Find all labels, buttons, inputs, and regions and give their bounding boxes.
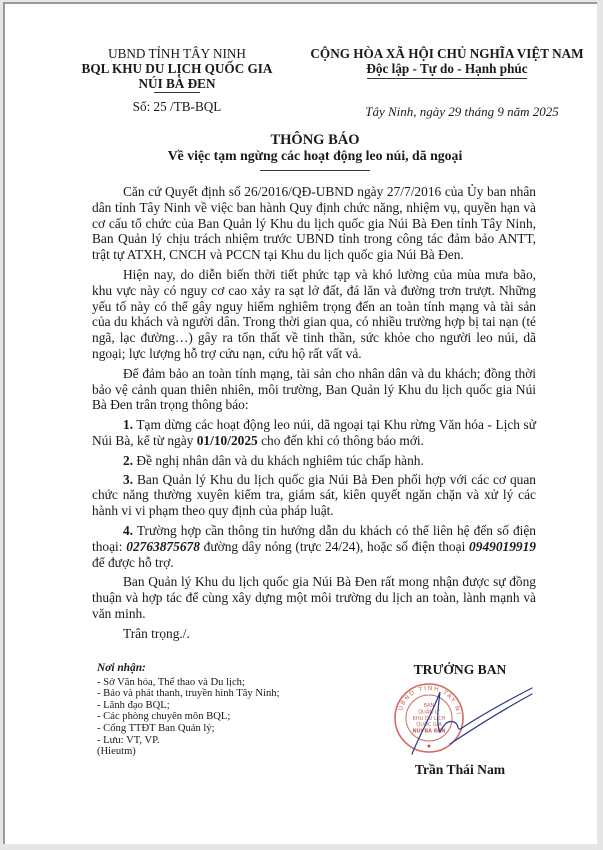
recipient-item: - Báo và phát thanh, truyền hình Tây Nin… [97,688,337,700]
hotline-phone: 02763875678 [126,539,200,554]
national-motto: Độc lập - Tự do - Hạnh phúc [289,61,603,76]
item-2: 2. Đề nghị nhân dân và du khách nghiêm t… [92,453,536,469]
document-number: Số: 25 /TB-BQL [67,99,287,114]
item-3-number: 3. [123,472,133,487]
document-subtitle: Về việc tạm ngừng các hoạt động leo núi,… [65,148,565,164]
recipients-label: Nơi nhận: [97,663,337,675]
item-4-text-end: để được hỗ trợ. [92,555,174,570]
date-place: Tây Ninh, ngày [365,104,445,119]
national-header: CỘNG HÒA XÃ HỘI CHỦ NGHĨA VIỆT NAM Độc l… [289,46,603,79]
item-4-text-mid: đường dây nóng (trực 24/24), hoặc số điệ… [204,539,466,554]
recipient-item: - Cổng TTĐT Ban Quản lý; [97,723,337,735]
organization-name-line1: BQL KHU DU LỊCH QUỐC GIA [67,61,287,76]
date-rest: tháng 9 năm 2025 [465,104,559,119]
item-1-number: 1. [123,417,133,432]
header-underline [154,92,200,93]
mobile-phone: 0949019919 [469,539,536,554]
issue-date: Tây Ninh, ngày 29 tháng 9 năm 2025 [327,104,597,120]
recipient-item: - Lãnh đạo BQL; [97,700,337,712]
document-body: Căn cứ Quyết định số 26/2016/QĐ-UBND ngà… [92,184,536,646]
item-2-number: 2. [123,453,133,468]
number-value: 25 [154,99,167,114]
signer-title: TRƯỞNG BAN [385,662,535,678]
number-suffix: /TB-BQL [170,99,221,114]
paragraph-legal-basis: Căn cứ Quyết định số 26/2016/QĐ-UBND ngà… [92,184,536,263]
item-4: 4. Trường hợp cần thông tin hướng dẫn du… [92,523,536,570]
document-page: UBND TỈNH TÂY NINH BQL KHU DU LỊCH QUỐC … [3,2,597,844]
paragraph-situation: Hiện nay, do diễn biến thời tiết phức tạ… [92,267,536,362]
recipient-item: - Lưu: VT, VP. [97,735,337,747]
document-title: THÔNG BÁO [65,132,565,148]
item-3: 3. Ban Quản lý Khu du lịch quốc gia Núi … [92,472,536,519]
paragraph-announcement-intro: Để đảm bảo an toàn tính mạng, tài sản ch… [92,366,536,413]
drafter-initials: (Hieutm) [97,746,337,758]
item-4-number: 4. [123,523,133,538]
issuer-header: UBND TỈNH TÂY NINH BQL KHU DU LỊCH QUỐC … [67,46,287,114]
recipient-item: - Các phòng chuyên môn BQL; [97,711,337,723]
date-day: 29 [448,104,461,119]
number-prefix: Số: [133,99,151,114]
item-2-text: Đề nghị nhân dân và du khách nghiêm túc … [136,453,423,468]
item-1-text-end: cho đến khi có thông báo mới. [261,433,424,448]
regards: Trân trọng./. [92,626,536,642]
recipients-block: Nơi nhận: - Sở Văn hóa, Thể thao và Du l… [97,663,337,758]
signer-name: Trần Thái Nam [375,762,545,778]
paragraph-closing: Ban Quản lý Khu du lịch quốc gia Núi Bà … [92,574,536,621]
title-underline [260,170,370,171]
effective-date: 01/10/2025 [197,433,258,448]
item-3-text: Ban Quản lý Khu du lịch quốc gia Núi Bà … [92,472,536,519]
authority-name: UBND TỈNH TÂY NINH [67,46,287,61]
country-name: CỘNG HÒA XÃ HỘI CHỦ NGHĨA VIỆT NAM [289,46,603,61]
handwritten-signature-icon [410,684,535,756]
item-1: 1. Tạm dừng các hoạt động leo núi, dã ng… [92,417,536,449]
motto-underline [367,78,527,79]
recipient-item: - Sở Văn hóa, Thể thao và Du lịch; [97,677,337,689]
organization-name-line2: NÚI BÀ ĐEN [67,76,287,91]
